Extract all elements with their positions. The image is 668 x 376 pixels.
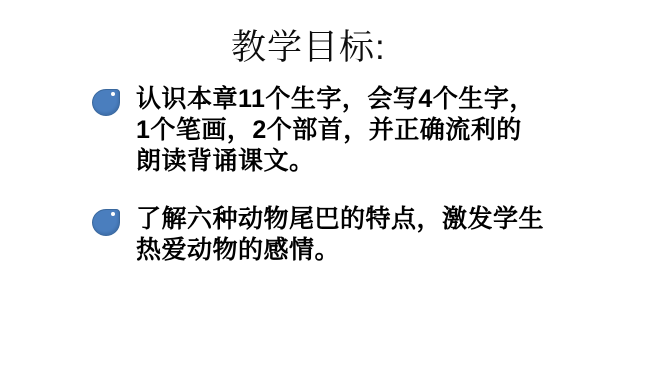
bullet-item-objective-1: 认识本章11个生字，会写4个生字， 1个笔画，2个部首，并正确流利的 朗读背诵课… [92,84,535,177]
slide-title: 教学目标: [231,20,386,70]
slide-canvas: 教学目标: 认识本章11个生字，会写4个生字， 1个笔画，2个部首，并正确流利的… [0,0,668,376]
teardrop-bullet-icon [92,209,120,236]
bullet-highlight-dot-icon [111,212,115,216]
bullet-text-objective-2: 了解六种动物尾巴的特点，激发学生 热爱动物的感情。 [136,204,544,266]
bullet-highlight-dot-icon [111,92,115,96]
bullet-text-objective-1: 认识本章11个生字，会写4个生字， 1个笔画，2个部首，并正确流利的 朗读背诵课… [136,84,535,177]
teardrop-bullet-icon [92,89,120,116]
bullet-item-objective-2: 了解六种动物尾巴的特点，激发学生 热爱动物的感情。 [92,204,544,266]
